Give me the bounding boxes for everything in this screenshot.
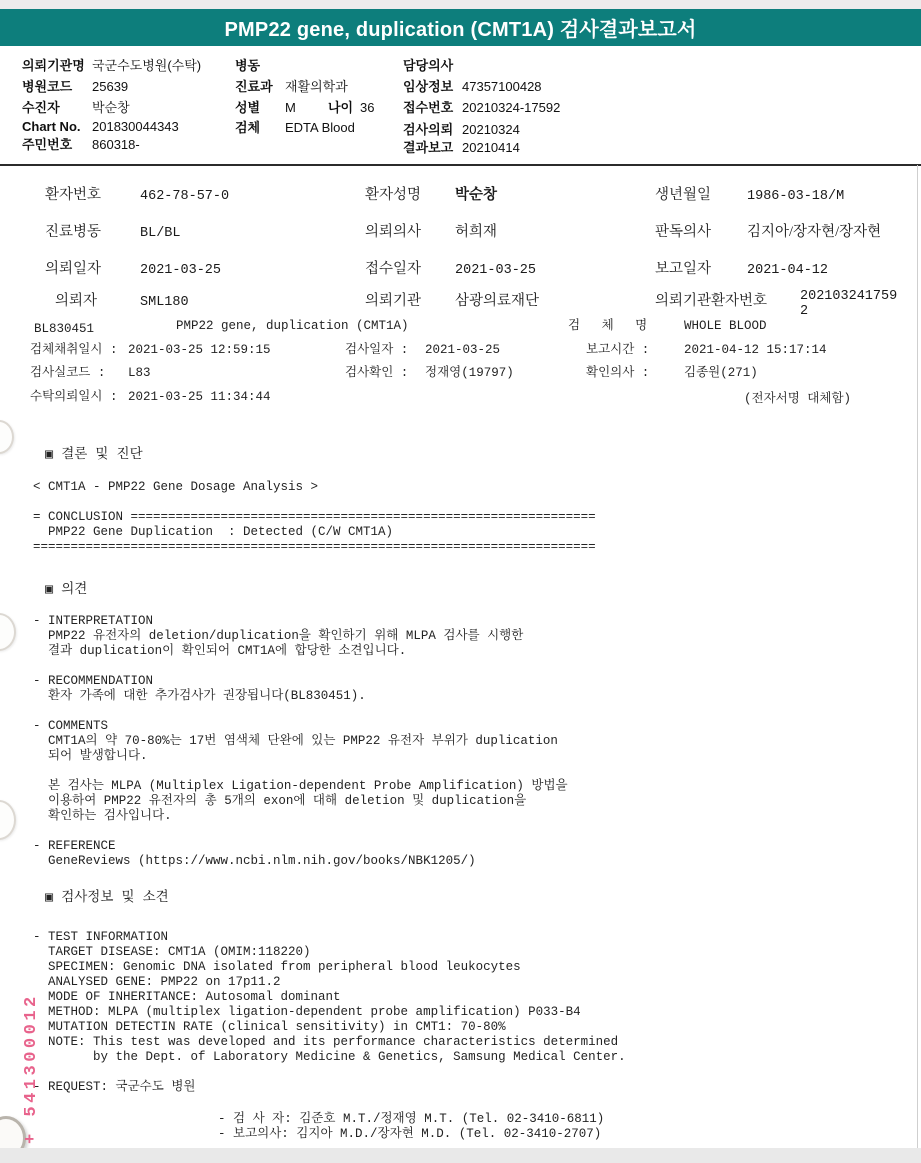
specimen-type-label: 검체 — [235, 120, 285, 135]
test-name: PMP22 gene, duplication (CMT1A) — [176, 319, 409, 334]
receipt-date-label: 접수일자 — [365, 257, 455, 278]
result-report-date-label: 결과보고 — [403, 140, 462, 155]
treatment-ward-value: BL/BL — [140, 226, 181, 241]
collection-datetime-value: 2021-03-25 12:59:15 — [128, 343, 271, 358]
birthdate-value: 1986-03-18/M — [747, 189, 844, 204]
opinion-body: - INTERPRETATION PMP22 유전자의 deletion/dup… — [33, 614, 568, 869]
requesting-org-value: 국군수도병원(수탁) — [92, 58, 201, 73]
patient-name-label: 환자성명 — [365, 183, 455, 204]
contact-lines: - 검 사 자: 김준호 M.T./정재영 M.T. (Tel. 02-3410… — [218, 1112, 604, 1142]
treatment-ward-label: 진료병동 — [45, 220, 140, 241]
testinfo-body: - TEST INFORMATION TARGET DISEASE: CMT1A… — [33, 930, 626, 1095]
attending-doctor-label: 담당의사 — [403, 58, 462, 73]
conclusion-section-title: ▣ 결론 및 진단 — [45, 448, 143, 463]
scan-bottom-strip — [0, 1148, 921, 1163]
chart-no-label: Chart No. — [22, 119, 92, 134]
sex-age-field: 성별M나이36 — [235, 100, 374, 115]
referring-doctor-label: 의뢰의사 — [365, 220, 455, 241]
confirming-doctor-value: 김종원(271) — [684, 366, 758, 381]
institution-patient-no-label: 의뢰기관환자번호 — [655, 289, 800, 310]
patient-id-label: 환자번호 — [45, 183, 140, 204]
test-request-date-field: 검사의뢰20210324 — [403, 122, 520, 137]
punch-hole-artifact — [0, 613, 16, 651]
lab-report-page: PMP22 gene, duplication (CMT1A) 검사결과보고서 … — [0, 0, 921, 1163]
outsourcing-request-label: 수탁의뢰일시 : — [30, 390, 117, 405]
requesting-institution-value: 삼광의료재단 — [455, 293, 539, 309]
scan-top-strip — [0, 0, 921, 9]
birthdate-label: 생년월일 — [655, 183, 747, 204]
hospital-code-label: 병원코드 — [22, 79, 92, 94]
requesting-org-field: 의뢰기관명국군수도병원(수탁) — [22, 58, 201, 73]
lab-code-value: L83 — [128, 366, 151, 381]
outsourcing-request-value: 2021-03-25 11:34:44 — [128, 390, 271, 405]
age-label: 나이 — [328, 100, 360, 115]
ward-cell: 진료병동BL/BL — [45, 220, 181, 241]
test-date-value: 2021-03-25 — [425, 343, 500, 358]
test-request-date-value: 20210324 — [462, 122, 520, 137]
patient-name-cell: 환자성명박순창 — [365, 183, 497, 204]
punch-hole-artifact — [0, 800, 16, 840]
specimen-name-value: WHOLE BLOOD — [684, 319, 767, 334]
report-date-value: 2021-04-12 — [747, 263, 828, 278]
lab-code-label: 검사실코드 : — [30, 366, 105, 381]
opinion-section-title: ▣ 의견 — [45, 583, 87, 598]
resident-no-value: 860318- — [92, 137, 140, 152]
chart-no-field: Chart No.201830044343 — [22, 119, 179, 134]
examinee-value: 박순창 — [92, 100, 130, 115]
receipt-date-value: 2021-03-25 — [455, 263, 536, 278]
test-date-label: 검사일자 : — [345, 343, 408, 358]
conclusion-body: < CMT1A - PMP22 Gene Dosage Analysis > =… — [33, 480, 596, 555]
margin-accession-code: + 541300012 — [22, 993, 41, 1144]
reading-doctor-value: 김지아/장자현/장자현 — [747, 224, 881, 240]
punch-hole-artifact — [0, 420, 14, 454]
ward-field: 병동 — [235, 58, 285, 73]
requesting-institution-cell: 의뢰기관삼광의료재단 — [365, 289, 539, 310]
collection-datetime-label: 검체채취일시 : — [30, 343, 117, 358]
request-date-label: 의뢰일자 — [45, 257, 140, 278]
institution-patient-no-cell: 의뢰기관환자번호2021032417592 — [655, 289, 900, 319]
report-time-value: 2021-04-12 15:17:14 — [684, 343, 827, 358]
receipt-no-value: 20210324-17592 — [462, 100, 560, 115]
receipt-no-field: 접수번호20210324-17592 — [403, 100, 560, 115]
esignature-note: (전자서명 대체함) — [744, 392, 851, 407]
report-title: PMP22 gene, duplication (CMT1A) 검사결과보고서 — [225, 13, 697, 42]
requester-cell: 의뢰자SML180 — [55, 289, 189, 310]
sex-value: M — [285, 100, 328, 115]
department-value: 재활의학과 — [285, 79, 348, 94]
hospital-code-field: 병원코드25639 — [22, 79, 128, 94]
resident-no-field: 주민번호860318- — [22, 137, 140, 152]
report-date-label: 보고일자 — [655, 257, 747, 278]
test-verifier-label: 검사확인 : — [345, 366, 408, 381]
sex-label: 성별 — [235, 100, 285, 115]
specimen-type-value: EDTA Blood — [285, 120, 355, 135]
result-report-date-value: 20210414 — [462, 140, 520, 155]
report-date-cell: 보고일자2021-04-12 — [655, 257, 828, 278]
result-report-date-field: 결과보고20210414 — [403, 140, 520, 155]
patient-name-value: 박순창 — [455, 187, 497, 203]
report-title-bar: PMP22 gene, duplication (CMT1A) 검사결과보고서 — [0, 9, 921, 46]
requester-value: SML180 — [140, 295, 189, 310]
patient-id-cell: 환자번호462-78-57-0 — [45, 183, 229, 204]
specimen-name-label: 검 체 명 — [568, 319, 654, 334]
reading-doctor-cell: 판독의사김지아/장자현/장자현 — [655, 220, 881, 241]
test-verifier-value: 정재영(19797) — [425, 366, 514, 381]
requesting-org-label: 의뢰기관명 — [22, 58, 92, 73]
chart-no-value: 201830044343 — [92, 119, 179, 134]
clinical-info-label: 임상정보 — [403, 79, 462, 94]
examinee-field: 수진자박순창 — [22, 100, 130, 115]
section-divider-rule — [0, 164, 921, 166]
report-time-label: 보고시간 : — [586, 343, 649, 358]
resident-no-label: 주민번호 — [22, 137, 92, 152]
clinical-info-field: 임상정보47357100428 — [403, 79, 542, 94]
requester-label: 의뢰자 — [55, 289, 140, 310]
attending-doctor-field: 담당의사 — [403, 58, 462, 73]
referring-doctor-value: 허희재 — [455, 224, 497, 240]
birthdate-cell: 생년월일1986-03-18/M — [655, 183, 844, 204]
requesting-institution-label: 의뢰기관 — [365, 289, 455, 310]
department-label: 진료과 — [235, 79, 285, 94]
request-date-cell: 의뢰일자2021-03-25 — [45, 257, 221, 278]
patient-id-value: 462-78-57-0 — [140, 189, 229, 204]
department-field: 진료과재활의학과 — [235, 79, 348, 94]
receipt-no-label: 접수번호 — [403, 100, 462, 115]
specimen-type-field: 검체EDTA Blood — [235, 120, 355, 135]
ward-label: 병동 — [235, 58, 285, 73]
examinee-label: 수진자 — [22, 100, 92, 115]
reading-doctor-label: 판독의사 — [655, 220, 747, 241]
clinical-info-value: 47357100428 — [462, 79, 542, 94]
scan-right-edge — [917, 165, 918, 1148]
test-request-date-label: 검사의뢰 — [403, 122, 462, 137]
institution-patient-no-value: 2021032417592 — [800, 289, 900, 319]
accession-code: BL830451 — [34, 322, 94, 337]
testinfo-section-title: ▣ 검사정보 및 소견 — [45, 891, 169, 906]
age-value: 36 — [360, 100, 374, 115]
hospital-code-value: 25639 — [92, 79, 128, 94]
confirming-doctor-label: 확인의사 : — [586, 366, 649, 381]
request-date-value: 2021-03-25 — [140, 263, 221, 278]
receipt-date-cell: 접수일자2021-03-25 — [365, 257, 536, 278]
referring-doctor-cell: 의뢰의사허희재 — [365, 220, 497, 241]
